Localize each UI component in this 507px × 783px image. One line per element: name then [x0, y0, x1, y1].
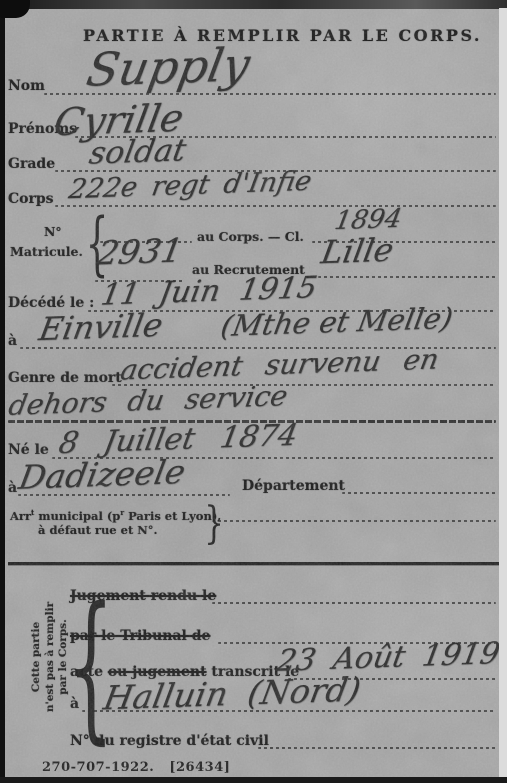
corps-label: Corps: [8, 191, 54, 207]
side-note-line2: n'est pas à remplir: [44, 582, 58, 732]
matricule-label-line2: Matricule.: [10, 244, 83, 259]
registre-label: N° du registre d'état civil: [70, 733, 269, 749]
matricule-label-line1: N°: [44, 224, 62, 239]
tribunal-label: par le Tribunal de: [70, 628, 210, 644]
matricule-number-handwritten: 2931: [94, 231, 185, 273]
au-corps-cl-label: au Corps. — Cl.: [197, 229, 304, 244]
departement-dotted-line: [342, 492, 496, 494]
printer-imprint: 270-707-1922. [26434]: [42, 760, 230, 775]
departement-label: Département: [242, 478, 345, 494]
corps-dotted-line: [55, 205, 496, 207]
arrondissement-label-line2: à défaut rue et N°.: [38, 523, 158, 537]
scan-border-left: [0, 0, 5, 783]
imprint-reference: [26434]: [169, 760, 230, 775]
decede-a-place-handwritten: Einville: [36, 306, 165, 348]
recrutement-value-handwritten: Lille: [318, 231, 396, 271]
transcrit-a-label: à: [70, 696, 79, 712]
matricule-recrutement-dotted-right: [318, 276, 496, 278]
grade-label: Grade: [8, 156, 55, 172]
ne-a-value-handwritten: Dadizeele: [16, 452, 188, 497]
registre-dotted-line: [258, 747, 496, 749]
section-separator-rule: [8, 562, 500, 565]
jugement-rendu-label: Jugement rendu le: [70, 588, 216, 604]
ne-le-label: Né le: [8, 442, 49, 458]
arrondissement-dotted-line: [218, 520, 496, 522]
scan-border-bottom: [0, 777, 507, 783]
imprint-number: 270-707-1922.: [42, 760, 154, 775]
arrondissement-brace: }: [204, 502, 224, 546]
side-note-line1: Cette partie: [30, 582, 44, 732]
scanned-death-record-form: PARTIE À REMPLIR PAR LE CORPS. Nom Suppl…: [0, 0, 507, 783]
side-note-rotated: Cette partie n'est pas à remplir par le …: [30, 582, 72, 732]
scan-border-right: [499, 8, 507, 783]
decede-a-label: à: [8, 333, 17, 349]
grade-value-handwritten: soldat: [86, 132, 188, 171]
jugement-dotted-line: [212, 602, 496, 604]
decede-a-departement-handwritten: (Mthe et Melle): [218, 301, 455, 343]
genre-de-mort-label: Genre de mort: [8, 370, 122, 386]
scan-border-top: [0, 0, 507, 9]
nom-value-handwritten: Supply: [83, 37, 254, 97]
scan-corner-blot: [0, 0, 30, 18]
nom-label: Nom: [8, 78, 45, 94]
arrondissement-label-line1: Arrt municipal (pr Paris et Lyon),: [10, 508, 221, 523]
